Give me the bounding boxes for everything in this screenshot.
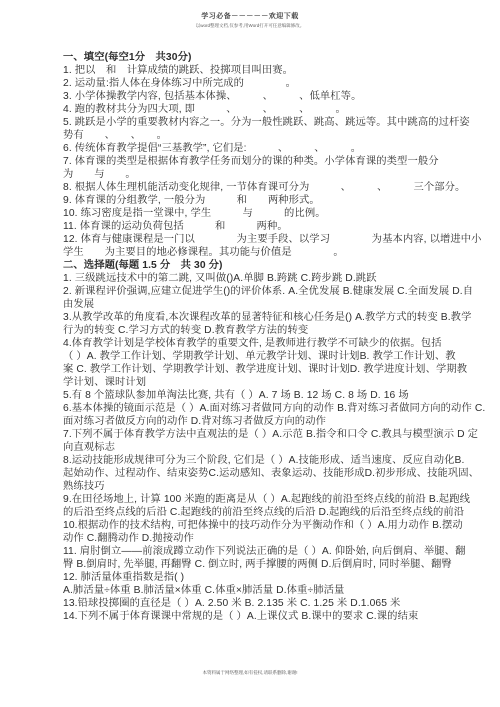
fill-blank-text-line: 12. 体育与健康课程是一门以 为主要手段、以学习 为基本内容, 以增进中小 [63, 233, 451, 246]
multiple-choice-text-line: 起始动作、过程动作、结束姿势C.运动感知、表象运动、技能形成D.初步形成、技能巩… [63, 467, 451, 480]
multiple-choice-text-line: 学计划、课时计划 [63, 376, 451, 389]
fill-blank-text-line: 学生 为主要目的地必修课程。其功能与价值是 。 [63, 246, 451, 259]
multiple-choice-text-line: 向直观标志 [63, 441, 451, 454]
multiple-choice-text-line: （ ）A. 教学工作计划、学期教学计划、单元教学计划、课时计划B. 教学工作计划… [63, 350, 451, 363]
multiple-choice-text-line: 7.下列不属于体育教学方法中直观法的是（ ）A.示范 B.指令和口令 C.教具与… [63, 428, 451, 441]
multiple-choice-text-line: 3.从教学改革的角度看,本次课程改革的显著特征和核心任务是() A.教学方式的转… [63, 311, 451, 324]
document-page: 学习必备－－－－－欢迎下载 以word整理文档,仅参考,用Word打开可任意编辑… [0, 0, 500, 707]
fill-blank-text-line: 4. 跑的教材共分为四大项, 即 、 、 、 。 [63, 103, 451, 116]
section-multiple-choice-title: 二、选择题(每题 1.5 分 共 30 分) [63, 259, 451, 272]
multiple-choice-text-line: 10.根据动作的技术结构, 可把体操中的技巧动作分为平衡动作和（ ）A.用力动作… [63, 519, 451, 532]
multiple-choice-text-line: 14.下列不属于体育课课中常规的是（ ）A.上课仪式 B.课中的要求 C.课的结… [63, 610, 451, 623]
watermark-title: 学习必备－－－－－欢迎下载 [0, 12, 500, 21]
multiple-choice-text-line: 1. 三级跳远技术中的第二跳, 又叫做()A.单脚 B.跨跳 C.跨步跳 D.跳… [63, 272, 451, 285]
multiple-choice-text-line: 由发展 [63, 298, 451, 311]
multiple-choice-text-line: 13.铅球投掷圈的直径是（ ）A. 2.50 米 B. 2.135 米 C. 1… [63, 597, 451, 610]
fill-blank-text-line: 7. 体育课的类型是根据体育教学任务而划分的课的种类。小学体育课的类型一般分 [63, 155, 451, 168]
fill-blank-text-line: 5. 跳跃是小学的重要教材内容之一。分为一般性跳跃、跳高、跳远等。其中跳高的过杆… [63, 116, 451, 129]
multiple-choice-text-line: 臀 B.倒肩时, 先举腿, 再翻臀 C. 倒立时, 两手撑腰的两侧 D.后倒肩时… [63, 558, 451, 571]
multiple-choice-text-line: A.肺活量÷体重 B.肺活量×体重 C.体重×肺活量 D.体重÷肺活量 [63, 584, 451, 597]
fill-blank-text-line: 8. 根据人体生理机能活动变化规律, 一节体育课可分为 、 、 三个部分。 [63, 181, 451, 194]
section-fill-blank-title: 一、填空(每空1分 共30分) [63, 51, 451, 64]
multiple-choice-text-line: 6.基本体操的镜面示范是（ ）A.面对练习者做同方向的动作 B.背对练习者做同方… [63, 402, 451, 415]
watermark-header: 学习必备－－－－－欢迎下载 以word整理文档,仅参考,用Word打开可任意编辑… [0, 12, 500, 29]
multiple-choice-text-line: 行为的转变 C.学习方式的转变 D.教育教学方法的转变 [63, 324, 451, 337]
multiple-choice-text-line: 案 C. 教学工作计划、学期教学计划、教学进度计划、课时计划D. 教学进度计划、… [63, 363, 451, 376]
fill-blank-text-line: 9. 体育课的分组教学, 一般分为 和 两种形式。 [63, 194, 451, 207]
multiple-choice-text-line: 4.体育教学计划是学校体育教学的重要文件, 是教师进行教学不可缺少的依据。包括 [63, 337, 451, 350]
section-fill-blank-lines: 1. 把以 和 计算成绩的跳跃、投掷项目叫田赛。 2. 运动量:指人体在身体练习… [63, 64, 451, 259]
fill-blank-text-line: 6. 传统体育教学提倡“三基教学”, 它们是: 、 、 。 [63, 142, 451, 155]
multiple-choice-text-line: 动作 C.翻腾动作 D.抛接动作 [63, 532, 451, 545]
section-multiple-choice-lines: 1. 三级跳远技术中的第二跳, 又叫做()A.单脚 B.跨跳 C.跨步跳 D.跳… [63, 272, 451, 623]
fill-blank-text-line: 3. 小学体操教学内容, 包括基本体操、 、 、低单杠等。 [63, 90, 451, 103]
multiple-choice-text-line: 5.有 8 个篮球队参加单淘法比赛, 共有（ ）A. 7 场 B. 12 场 C… [63, 389, 451, 402]
multiple-choice-text-line: 的后沿至终点线的后沿 C.起跑线的前沿至终点线的后沿 D.起跑线的后沿至终点线的… [63, 506, 451, 519]
exam-document: 一、填空(每空1分 共30分) 1. 把以 和 计算成绩的跳跃、投掷项目叫田赛。… [63, 51, 451, 623]
fill-blank-text-line: 11. 体育课的运动负荷包括 和 两种。 [63, 220, 451, 233]
footer-note: 本资料属于网络整理,如有侵权,请联系删除,谢谢! [0, 670, 500, 676]
fill-blank-text-line: 势有 、 、 。 [63, 129, 451, 142]
fill-blank-text-line: 为 与 。 [63, 168, 451, 181]
multiple-choice-text-line: 2. 新课程评价强调,应建立促进学生()的评价体系. A.全优发展 B.健康发展… [63, 285, 451, 298]
fill-blank-text-line: 2. 运动量:指人体在身体练习中所完成的 。 [63, 77, 451, 90]
multiple-choice-text-line: 9.在田径场地上, 计算 100 米跑的距离是从（ ）A.起跑线的前沿至终点线的… [63, 493, 451, 506]
multiple-choice-text-line: 12. 肺活量体重指数是指( ) [63, 571, 451, 584]
fill-blank-text-line: 1. 把以 和 计算成绩的跳跃、投掷项目叫田赛。 [63, 64, 451, 77]
multiple-choice-text-line: 熟练技巧 [63, 480, 451, 493]
fill-blank-text-line: 10. 练习密度是指一堂课中, 学生 与 的比例。 [63, 207, 451, 220]
watermark-subtitle: 以word整理文档,仅参考,用Word打开可任意编辑修改。 [0, 22, 500, 29]
multiple-choice-text-line: 11. 肩肘倒立——前滚成蹲立动作下列说法正确的是（ ）A. 仰卧始, 向后倒肩… [63, 545, 451, 558]
multiple-choice-text-line: 面对练习者做反方向的动作 D.背对练习者做反方向的动作 [63, 415, 451, 428]
multiple-choice-text-line: 8.运动技能形成规律可分为三个阶段, 它们是（ ）A.技能形成、适当速度、反应自… [63, 454, 451, 467]
